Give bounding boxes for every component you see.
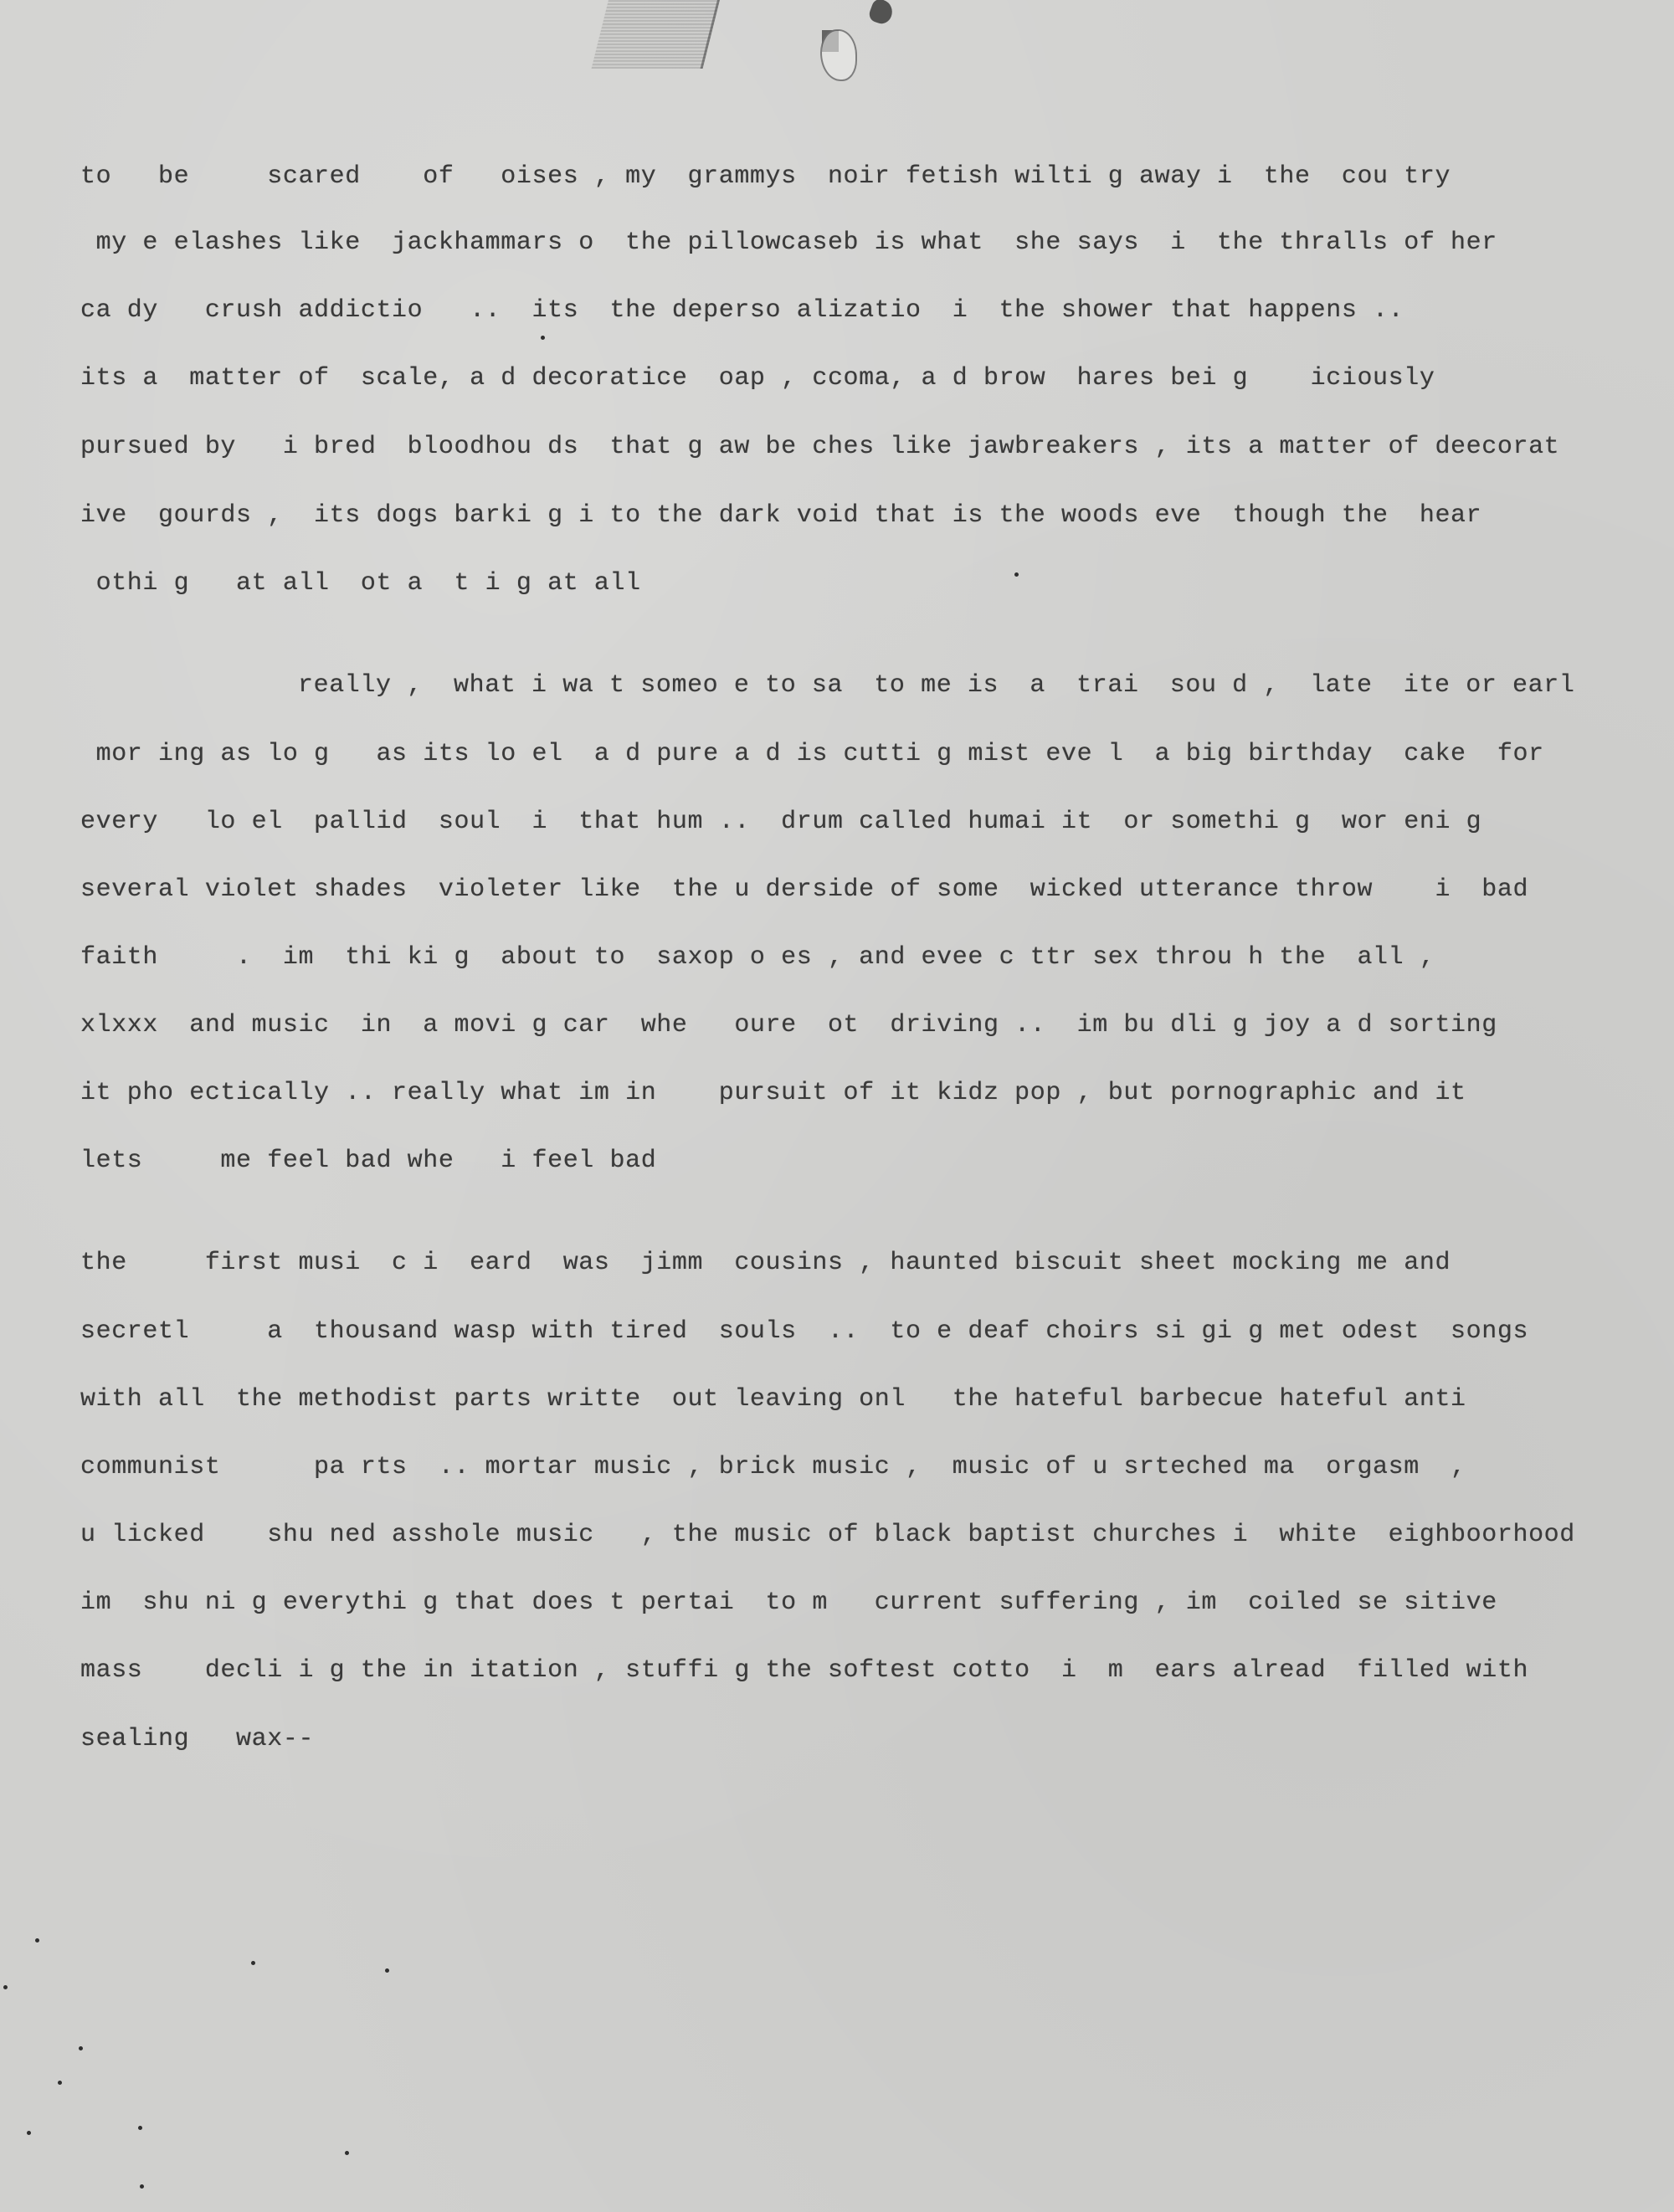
text-line: its a matter of scale, a d decoratice oa… (80, 363, 1435, 393)
typewritten-page: to be scared of oises , my grammys noir … (0, 0, 1674, 2212)
text-line: it pho ectically .. really what im in pu… (80, 1078, 1466, 1108)
ink-blot (867, 0, 896, 27)
text-line: pursued by i bred bloodhou ds that g aw … (80, 432, 1559, 462)
text-line: xlxxx and music in a movi g car whe oure… (80, 1010, 1497, 1040)
text-line: several violet shades violeter like the … (80, 875, 1528, 905)
text-line: othi g at all ot a t i g at all (80, 568, 641, 598)
text-line: mor ing as lo g as its lo el a d pure a … (80, 739, 1544, 769)
speck (138, 2126, 142, 2130)
text-line: really , what i wa t someo e to sa to me… (298, 670, 1574, 701)
torn-tape-mark (592, 0, 722, 69)
text-line: every lo el pallid soul i that hum .. dr… (80, 807, 1481, 837)
text-line: communist pa rts .. mortar music , brick… (80, 1452, 1466, 1482)
text-line: u licked shu ned asshole music , the mus… (80, 1520, 1575, 1550)
speck (251, 1961, 255, 1965)
text-line: im shu ni g everythi g that does t perta… (80, 1588, 1497, 1618)
speck (345, 2151, 349, 2155)
speck (1014, 572, 1019, 577)
text-line: sealing wax-- (80, 1724, 314, 1754)
speck (27, 2131, 31, 2135)
speck (58, 2081, 62, 2085)
speck (541, 336, 545, 340)
text-line: secretl a thousand wasp with tired souls… (80, 1316, 1528, 1347)
speck (35, 1938, 39, 1943)
text-line: my e elashes like jackhammars o the pill… (80, 228, 1497, 258)
speck (140, 2184, 144, 2189)
speck (3, 1985, 8, 1989)
text-line: mass decli i g the in itation , stuffi g… (80, 1655, 1528, 1686)
speck (79, 2046, 83, 2050)
torn-hole (820, 29, 857, 81)
text-line: the first musi c i eard was jimm cousins… (80, 1248, 1451, 1278)
text-line: to be scared of oises , my grammys noir … (80, 162, 1451, 192)
text-line: lets me feel bad whe i feel bad (80, 1146, 656, 1176)
text-line: ca dy crush addictio .. its the deperso … (80, 295, 1404, 326)
speck (385, 1968, 389, 1973)
text-line: faith . im thi ki g about to saxop o es … (80, 942, 1435, 973)
text-line: with all the methodist parts writte out … (80, 1384, 1466, 1414)
text-line: ive gourds , its dogs barki g i to the d… (80, 500, 1481, 531)
